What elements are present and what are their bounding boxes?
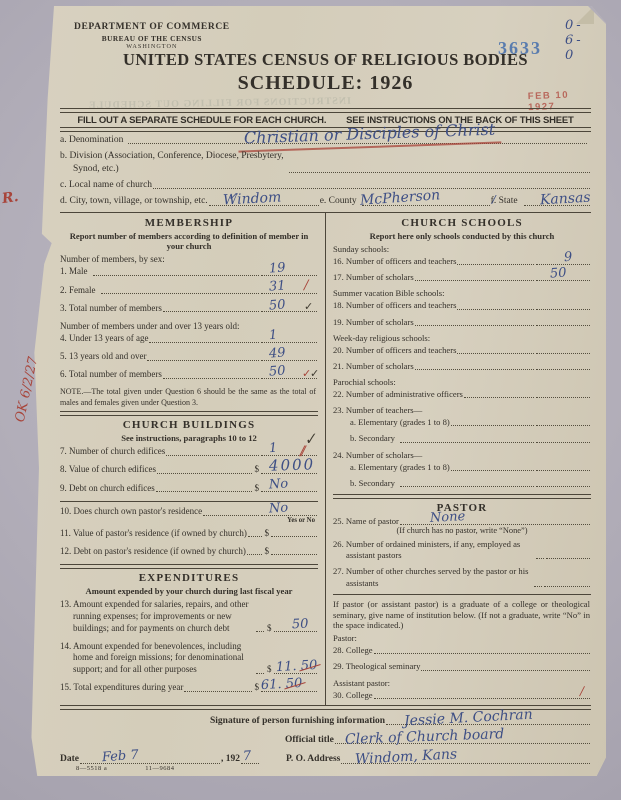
red-check-mark-icon: ∕	[580, 684, 584, 698]
membership-title: MEMBERSHIP	[60, 217, 318, 229]
signature-section: Signature of person furnishing informati…	[60, 715, 591, 766]
question-20: 20. Number of officers and teachers	[333, 345, 591, 356]
q5-value: 49	[268, 345, 286, 363]
right-column: CHURCH SCHOOLS Report here only schools …	[326, 213, 591, 705]
question-4: 4. Under 13 years of age 1	[60, 333, 318, 345]
group-label: Week-day religious schools:	[333, 333, 591, 343]
q14-value: 11. 50	[275, 658, 317, 677]
check-mark-icon: ✓	[304, 300, 313, 314]
pastor-hint: (If church has no pastor, write “None”)	[333, 526, 591, 535]
question-29: 29. Theological seminary	[333, 661, 591, 672]
form-subtitle: SCHEDULE: 1926	[60, 72, 591, 95]
department-name: DEPARTMENT OF COMMERCE	[74, 22, 230, 34]
form-header: DEPARTMENT OF COMMERCE BUREAU OF THE CEN…	[60, 16, 591, 134]
question-28: 28. College	[333, 645, 591, 656]
question-15: 15. Total expenditures during year $ 61.…	[60, 682, 318, 694]
group-label: Number of members under and over 13 year…	[60, 321, 318, 331]
identification-fields: a. Denomination Christian or Disciples o…	[60, 134, 591, 208]
expenditures-title: EXPENDITURES	[60, 572, 318, 584]
dollar-sign: $	[265, 664, 273, 676]
question-27: 27. Number of other churches served by t…	[333, 566, 591, 588]
question-8: 8. Value of church edifices $ 4000	[60, 464, 318, 476]
form-numbers: 8—5518 a11—9684	[76, 765, 213, 772]
dollar-sign: $	[253, 483, 261, 495]
question-12: 12. Debt on pastor's residence (if owned…	[60, 546, 318, 558]
year-value: 7	[242, 749, 251, 766]
dollar-sign: $	[263, 528, 271, 540]
banner-text-1: FILL OUT A SEPARATE SCHEDULE FOR EACH CH…	[77, 115, 326, 126]
official-title-row: Official title Clerk of Church board	[60, 734, 591, 746]
question-13: 13. Amount expended for salaries, repair…	[60, 599, 318, 634]
check-mark-icon: ✓	[310, 367, 319, 381]
group-label: Summer vacation Bible schools:	[333, 288, 591, 298]
signature-row: Signature of person furnishing informati…	[60, 715, 591, 727]
check-mark-icon: ∕	[492, 193, 496, 207]
state-value: Kansas	[539, 188, 590, 209]
q1-value: 19	[268, 261, 286, 279]
dollar-sign: $	[253, 682, 261, 694]
question-30: 30. College	[333, 690, 591, 701]
question-3: 3. Total number of members 50 ✓	[60, 303, 318, 315]
red-r-annotation: R.	[1, 189, 20, 207]
buildings-title: CHURCH BUILDINGS	[60, 419, 318, 431]
form-title: UNITED STATES CENSUS OF RELIGIOUS BODIES	[60, 50, 591, 70]
agency-block: DEPARTMENT OF COMMERCE BUREAU OF THE CEN…	[74, 22, 230, 51]
q9-value: No	[269, 477, 289, 495]
po-address-value: Windom, Kans	[355, 745, 458, 769]
schools-subtitle: Report here only schools conducted by th…	[337, 231, 587, 241]
rule	[333, 594, 591, 595]
red-slash-mark-icon: ∕	[304, 278, 308, 293]
question-11: 11. Value of pastor's residence (if owne…	[60, 528, 318, 540]
dollar-sign: $	[253, 464, 261, 476]
question-24b: b. Secondary	[333, 478, 591, 489]
dollar-sign: $	[263, 546, 271, 558]
bureau-name: BUREAU OF THE CENSUS	[74, 34, 230, 43]
question-24-label: 24. Number of scholars—	[333, 450, 591, 460]
field-city-county-state: d. City, town, village, or township, etc…	[60, 195, 591, 207]
question-5: 5. 13 years old and over 49	[60, 351, 318, 363]
q8-value: 4000	[269, 455, 316, 476]
field-denomination: a. Denomination Christian or Disciples o…	[60, 134, 591, 146]
date-address-row: Date Feb 7 , 192 7 P. O. Address Windom,…	[60, 753, 591, 765]
question-9: 9. Debt on church edifices $ No	[60, 483, 318, 495]
question-2: 2. Female 31	[60, 285, 318, 297]
question-6: 6. Total number of members 50 ✓ ✓	[60, 369, 318, 381]
yes-or-no-hint: Yes or No	[287, 517, 315, 526]
q13-value: 50	[291, 617, 308, 635]
question-17: 17. Number of scholars 50	[333, 272, 591, 283]
rule	[60, 411, 318, 416]
dollar-sign: $	[265, 623, 273, 635]
question-14: 14. Amount expended for benevolences, in…	[60, 641, 318, 676]
question-24a: a. Elementary (grades 1 to 8)	[333, 462, 591, 473]
rule	[60, 564, 318, 569]
question-26: 26. Number of ordained ministers, if any…	[333, 539, 591, 561]
question-22: 22. Number of administrative officers	[333, 389, 591, 400]
census-schedule-paper: INSTRUCTIONS FOR FILLING OUT SCHEDULE DE…	[28, 6, 606, 776]
schools-title: CHURCH SCHOOLS	[333, 217, 591, 229]
red-double-slash-icon: ∕∕	[300, 444, 303, 459]
group-label: Pastor:	[333, 633, 591, 643]
membership-note: NOTE.—The total given under Question 6 s…	[60, 387, 316, 407]
q25-value: None	[429, 509, 465, 528]
q15-value: 61. 50	[261, 676, 303, 695]
check-mark-icon: ✓	[228, 190, 237, 203]
question-10: 10. Does church own pastor's residence N…	[60, 506, 318, 518]
group-label: Assistant pastor:	[333, 678, 591, 688]
group-label: Parochial schools:	[333, 377, 591, 387]
question-23b: b. Secondary	[333, 433, 591, 444]
question-19: 19. Number of scholars	[333, 317, 591, 328]
membership-subtitle: Report number of members according to de…	[64, 231, 314, 252]
q10-value: No	[269, 500, 289, 518]
field-local-name: c. Local name of church	[60, 179, 591, 191]
q3-value: 50	[268, 297, 286, 315]
field-division: b. Division (Association, Conference, Di…	[60, 150, 591, 175]
q6-value: 50	[268, 364, 286, 382]
q4-value: 1	[268, 327, 277, 344]
left-column: MEMBERSHIP Report number of members acco…	[60, 213, 326, 705]
q17-value: 50	[549, 266, 567, 284]
rule	[333, 494, 591, 499]
expenditures-subtitle: Amount expended by your church during la…	[64, 586, 314, 596]
scanned-census-form-page: { "stamps": { "serial": "3633", "date": …	[0, 0, 621, 800]
question-23-label: 23. Number of teachers—	[333, 405, 591, 415]
q2-value: 31	[268, 279, 286, 297]
graduate-instructions: If pastor (or assistant pastor) is a gra…	[333, 599, 590, 631]
question-21: 21. Number of scholars	[333, 361, 591, 372]
official-title-value: Clerk of Church board	[345, 725, 505, 749]
question-23a: a. Elementary (grades 1 to 8)	[333, 417, 591, 428]
form-body-columns: MEMBERSHIP Report number of members acco…	[60, 212, 591, 705]
group-label: Sunday schools:	[333, 244, 591, 254]
question-18: 18. Number of officers and teachers	[333, 300, 591, 311]
question-1: 1. Male 19	[60, 266, 318, 278]
